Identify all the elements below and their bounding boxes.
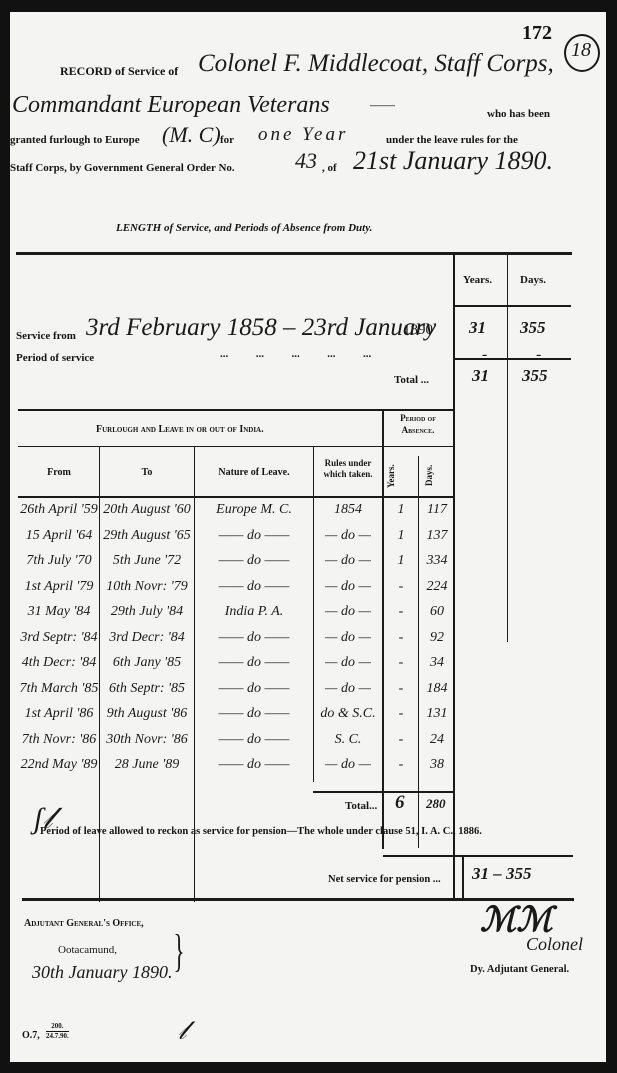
row-years: - (384, 579, 418, 595)
row-to: 29th August '65 (100, 528, 194, 544)
row-nature: —— do —— (195, 630, 313, 646)
row-nature: Europe M. C. (195, 502, 313, 518)
row-rules: S. C. (314, 732, 382, 748)
row-to: 6th Septr: '85 (100, 681, 194, 697)
row-years: - (384, 732, 418, 748)
row-years: - (384, 655, 418, 671)
furlough-total-days: 280 (426, 796, 446, 812)
row-rules: — do — (314, 655, 382, 671)
rule-h-sub (453, 358, 571, 360)
row-rules: — do — (314, 528, 382, 544)
row-years: - (384, 757, 418, 773)
row-days: 38 (419, 757, 455, 773)
row-days: 117 (419, 502, 455, 518)
service-from-label: Service from (16, 330, 76, 342)
absence-group-header: Period of Absence. (384, 412, 452, 436)
row-from: 22nd May '89 (18, 757, 100, 773)
rule-colheader-bottom (18, 496, 454, 498)
signature-title: Dy. Adjutant General. (470, 964, 569, 975)
row-nature: —— do —— (195, 681, 313, 697)
furlough-group-header: Furlough and Leave in or out of India. (96, 424, 264, 435)
of-label: , of (322, 162, 337, 174)
col-abs-years-header: Years. (386, 464, 396, 488)
row-days: 137 (419, 528, 455, 544)
office-line: Adjutant General's Office, (24, 918, 144, 929)
period-days-value: - (536, 346, 541, 364)
row-from: 1st April '86 (18, 706, 100, 722)
form-fraction: 200. 24.7.90. (46, 1022, 69, 1041)
col-to-header: To (100, 467, 194, 478)
row-rules: do & S.C. (314, 706, 382, 722)
furlough-type: (M. C) (162, 122, 221, 148)
period-dots: ... ... ... ... ... (220, 348, 371, 360)
row-from: 3rd Septr: '84 (18, 630, 100, 646)
net-service-label: Net service for pension ... (328, 874, 441, 885)
rule-v-net (462, 855, 464, 901)
row-nature: India P. A. (195, 604, 313, 620)
row-from: 31 May '84 (18, 604, 100, 620)
row-rules: — do — (314, 630, 382, 646)
row-rules: — do — (314, 757, 382, 773)
rule-furlough-top (18, 409, 454, 411)
rule-h-header (453, 305, 571, 307)
row-from: 7th July '70 (18, 553, 100, 569)
row-rules: — do — (314, 579, 382, 595)
period-years-value: - (482, 346, 487, 364)
row-years: 1 (384, 553, 418, 569)
row-days: 131 (419, 706, 455, 722)
furlough-prefix: granted furlough to Europe (10, 134, 140, 146)
col-nature-header: Nature of Leave. (195, 467, 313, 478)
row-nature: —— do —— (195, 553, 313, 569)
row-from: 26th April '59 (18, 502, 100, 518)
service-days-value: 355 (520, 318, 546, 338)
row-from: 7th March '85 (18, 681, 100, 697)
folio-circled-number: 18 (571, 39, 591, 62)
row-nature: —— do —— (195, 757, 313, 773)
row-years: 1 (384, 528, 418, 544)
rule-total-top (313, 791, 454, 793)
service-total-label: Total ... (394, 374, 429, 386)
row-days: 34 (419, 655, 455, 671)
row-years: - (384, 604, 418, 620)
row-nature: —— do —— (195, 579, 313, 595)
role-dash: —— (370, 98, 395, 114)
row-days: 184 (419, 681, 455, 697)
row-to: 6th Jany '85 (100, 655, 194, 671)
row-days: 334 (419, 553, 455, 569)
row-to: 29th July '84 (100, 604, 194, 620)
officer-role: Commandant European Veterans (12, 92, 330, 119)
form-fraction-bottom: 24.7.90. (46, 1031, 69, 1041)
folio-number: 172 (522, 22, 552, 45)
service-record-page: 172 18 RECORD of Service of Colonel F. M… (10, 12, 606, 1062)
row-to: 9th August '86 (100, 706, 194, 722)
row-days: 24 (419, 732, 455, 748)
rule-group-bottom (18, 446, 454, 447)
service-years-value: 31 (469, 318, 486, 338)
service-total-days: 355 (522, 366, 548, 386)
net-service-value: 31 – 355 (472, 864, 532, 884)
service-from-value: 3rd February 1858 – 23rd January (86, 314, 436, 342)
row-rules: 1854 (314, 502, 382, 518)
row-from: 7th Novr: '86 (18, 732, 100, 748)
row-days: 224 (419, 579, 455, 595)
row-years: - (384, 706, 418, 722)
officer-name: Colonel F. Middlecoat, Staff Corps, (198, 50, 554, 78)
row-rules: — do — (314, 604, 382, 620)
service-total-years: 31 (472, 366, 489, 386)
furlough-total-label: Total... (345, 800, 377, 812)
row-from: 4th Decr: '84 (18, 655, 100, 671)
form-code: O.7, (22, 1030, 40, 1041)
row-from: 1st April '79 (18, 579, 100, 595)
furlough-total-years: 6 (395, 792, 405, 814)
period-of-service-label: Period of service (16, 352, 94, 364)
signature-rank: Colonel (526, 934, 583, 955)
clerk-mark: 𝓁 (178, 1016, 187, 1047)
service-year: 1890 (403, 322, 433, 339)
row-nature: —— do —— (195, 528, 313, 544)
row-nature: —— do —— (195, 706, 313, 722)
order-prefix: Staff Corps, by Government General Order… (10, 162, 235, 174)
row-to: 28 June '89 (100, 757, 194, 773)
row-days: 92 (419, 630, 455, 646)
row-days: 60 (419, 604, 455, 620)
reckon-text: Period of leave allowed to reckon as ser… (40, 826, 482, 837)
form-fraction-top: 200. (46, 1022, 69, 1031)
col-rules-header: Rules under which taken. (314, 458, 382, 480)
row-from: 15 April '64 (18, 528, 100, 544)
row-years: - (384, 681, 418, 697)
rule-net-top (383, 855, 573, 857)
row-to: 3rd Decr: '84 (100, 630, 194, 646)
row-to: 20th August '60 (100, 502, 194, 518)
rule-v-years (453, 252, 455, 900)
row-rules: — do — (314, 681, 382, 697)
leave-duration: one Year (258, 124, 348, 146)
row-nature: —— do —— (195, 655, 313, 671)
for-label: for (220, 134, 234, 146)
rule-top (16, 252, 572, 255)
row-to: 30th Novr: '86 (100, 732, 194, 748)
office-place: Ootacamund, (58, 944, 117, 956)
office-date: 30th January 1890. (32, 962, 172, 983)
col-abs-days-header: Days. (424, 465, 434, 486)
row-rules: — do — (314, 553, 382, 569)
order-number: 43 (295, 148, 317, 174)
office-brace: } (174, 924, 185, 977)
row-to: 5th June '72 (100, 553, 194, 569)
row-years: 1 (384, 502, 418, 518)
order-date: 21st January 1890. (353, 146, 553, 176)
col-years-header: Years. (463, 274, 492, 286)
record-label: RECORD of Service of (60, 64, 178, 79)
section-title: LENGTH of Service, and Periods of Absenc… (116, 222, 372, 234)
leave-rules-label: under the leave rules for the (386, 134, 518, 146)
col-from-header: From (20, 467, 98, 478)
row-years: - (384, 630, 418, 646)
row-to: 10th Novr: '79 (100, 579, 194, 595)
row-nature: —— do —— (195, 732, 313, 748)
col-days-header: Days. (520, 274, 546, 286)
granted-label: who has been (487, 108, 550, 120)
rule-v-days (507, 252, 508, 642)
